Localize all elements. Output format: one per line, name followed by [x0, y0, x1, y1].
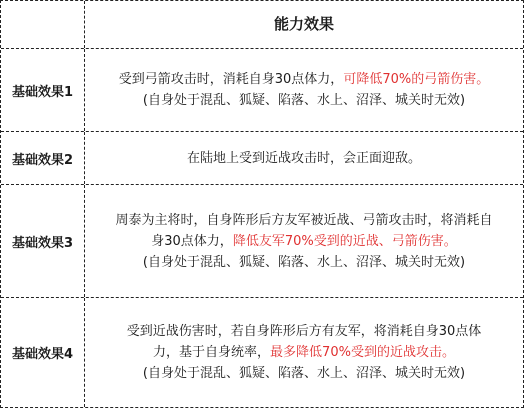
description-line: (自身处于混乱、狐疑、陷落、水上、沼泽、城关时无效) [143, 363, 465, 384]
ability-effects-table: 能力效果 基础效果1 受到弓箭攻击时，消耗自身30点体力，可降低70%的弓箭伤害… [0, 0, 524, 408]
highlight-text: 最多降低70%受到的近战攻击。 [270, 345, 455, 360]
normal-text: 周泰为主将时，自身阵形后方友军被近战、弓箭攻击时，将消耗自 [115, 213, 492, 228]
header-row: 能力效果 [1, 1, 523, 49]
header-corner-cell [1, 1, 85, 48]
effect-row-1: 基础效果1 受到弓箭攻击时，消耗自身30点体力，可降低70%的弓箭伤害。 (自身… [1, 49, 523, 132]
effect-label: 基础效果3 [1, 185, 85, 297]
effect-label: 基础效果1 [1, 49, 85, 131]
effect-description: 在陆地上受到近战攻击时，会正面迎敌。 [85, 132, 523, 184]
effect-description: 周泰为主将时，自身阵形后方友军被近战、弓箭攻击时，将消耗自 身30点体力，降低友… [85, 185, 523, 297]
normal-text: (自身处于混乱、狐疑、陷落、水上、沼泽、城关时无效) [143, 366, 465, 381]
table-title: 能力效果 [274, 14, 334, 35]
description-line: 受到近战伤害时，若自身阵形后方有友军，将消耗自身30点体 [127, 321, 482, 342]
description-line: (自身处于混乱、狐疑、陷落、水上、沼泽、城关时无效) [143, 252, 465, 273]
normal-text: (自身处于混乱、狐疑、陷落、水上、沼泽、城关时无效) [143, 93, 465, 108]
description-line: 受到弓箭攻击时，消耗自身30点体力，可降低70%的弓箭伤害。 [119, 69, 489, 90]
effect-row-2: 基础效果2 在陆地上受到近战攻击时，会正面迎敌。 [1, 132, 523, 185]
normal-text: 身30点体力， [151, 234, 233, 249]
effect-label: 基础效果2 [1, 132, 85, 184]
effect-label: 基础效果4 [1, 298, 85, 407]
description-line: 周泰为主将时，自身阵形后方友军被近战、弓箭攻击时，将消耗自 [115, 210, 492, 231]
effect-description: 受到弓箭攻击时，消耗自身30点体力，可降低70%的弓箭伤害。 (自身处于混乱、狐… [85, 49, 523, 131]
effect-description: 受到近战伤害时，若自身阵形后方有友军，将消耗自身30点体 力，基于自身统率，最多… [85, 298, 523, 407]
normal-text: 受到弓箭攻击时，消耗自身30点体力， [119, 72, 344, 87]
effect-row-4: 基础效果4 受到近战伤害时，若自身阵形后方有友军，将消耗自身30点体 力，基于自… [1, 298, 523, 407]
description-line: 力，基于自身统率，最多降低70%受到的近战攻击。 [153, 342, 455, 363]
effect-row-3: 基础效果3 周泰为主将时，自身阵形后方友军被近战、弓箭攻击时，将消耗自 身30点… [1, 185, 523, 298]
description-line: 身30点体力，降低友军70%受到的近战、弓箭伤害。 [151, 231, 456, 252]
normal-text: (自身处于混乱、狐疑、陷落、水上、沼泽、城关时无效) [143, 255, 465, 270]
description-line: 在陆地上受到近战攻击时，会正面迎敌。 [187, 148, 421, 169]
header-title-cell: 能力效果 [85, 1, 523, 48]
normal-text: 受到近战伤害时，若自身阵形后方有友军，将消耗自身30点体 [127, 324, 482, 339]
normal-text: 力，基于自身统率， [153, 345, 270, 360]
description-line: (自身处于混乱、狐疑、陷落、水上、沼泽、城关时无效) [143, 90, 465, 111]
highlight-text: 降低友军70%受到的近战、弓箭伤害。 [233, 234, 457, 249]
normal-text: 在陆地上受到近战攻击时，会正面迎敌。 [187, 151, 421, 166]
highlight-text: 可降低70%的弓箭伤害。 [343, 72, 489, 87]
